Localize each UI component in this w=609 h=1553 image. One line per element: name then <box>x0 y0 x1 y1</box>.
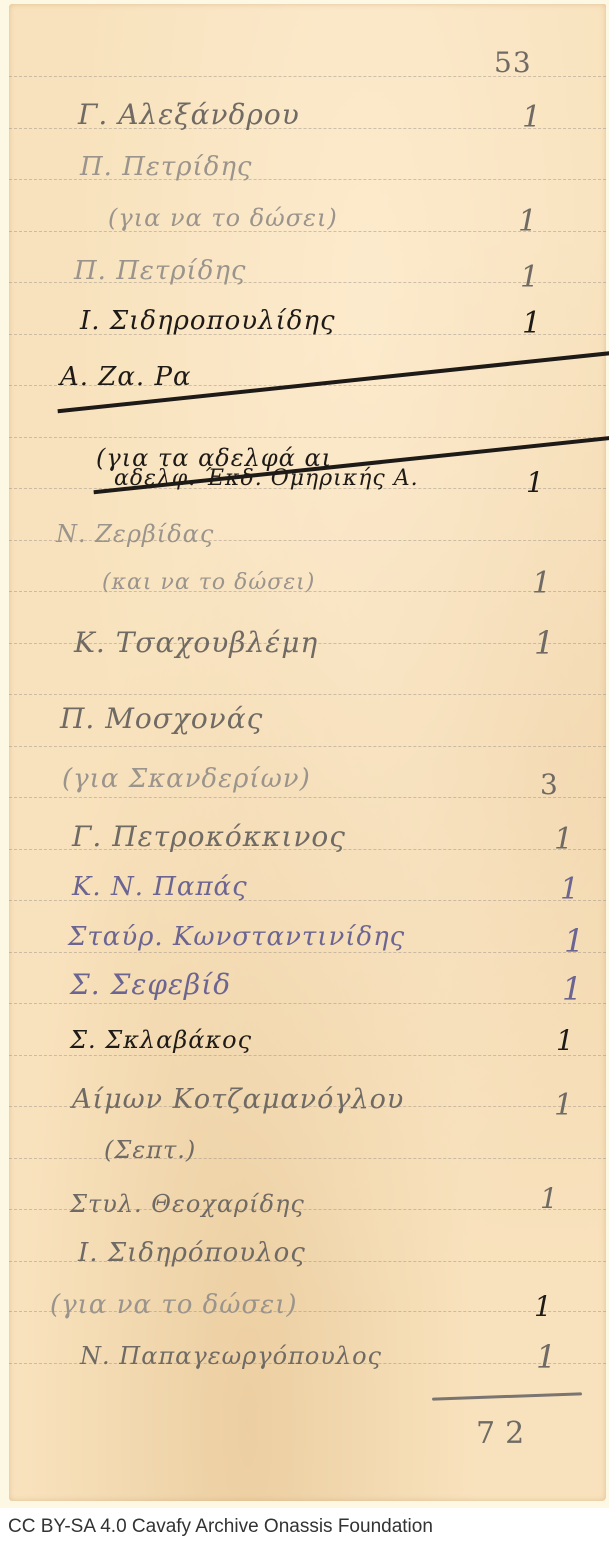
entry-note: (για να το δώσει) <box>50 1290 298 1320</box>
entry-qty: 1 <box>526 466 544 499</box>
total-value: 72 <box>476 1416 534 1451</box>
entry-name: Κ. Τσαχουβλέμη <box>74 626 318 659</box>
entry-name: Σ. Σεφεβίδ <box>70 968 231 1001</box>
ruled-line <box>9 1003 606 1004</box>
page-number: 53 <box>494 46 532 79</box>
entry-qty: 1 <box>536 1338 556 1376</box>
entry-name: Ν. Παπαγεωργόπουλος <box>80 1342 382 1370</box>
entry-name: Ι. Σιδηροπουλίδης <box>80 306 336 336</box>
entry-name: αδελφ. Έκδ. Ομηρικής Α. <box>114 466 419 491</box>
ruled-line <box>9 797 606 798</box>
entry-qty: 1 <box>562 970 582 1008</box>
entry-note: (για Σκανδερίων) <box>62 764 311 794</box>
entry-qty: 1 <box>556 1024 574 1057</box>
entry-name: Σ. Σκλαβάκος <box>70 1026 252 1054</box>
entry-qty: 1 <box>520 260 539 295</box>
entry-note: (Σεπτ.) <box>104 1136 196 1164</box>
entry-name: Κ. Ν. Παπάς <box>72 872 248 902</box>
entry-name: Π. Πετρίδης <box>80 152 252 182</box>
entry-qty: 1 <box>532 566 551 601</box>
entry-note: (για να το δώσει) <box>108 204 338 232</box>
ruled-line <box>9 952 606 953</box>
ruled-line <box>9 694 606 695</box>
entry-name: Γ. Πετροκόκκινος <box>72 820 346 853</box>
ruled-line <box>9 1055 606 1056</box>
license-caption: CC BY-SA 4.0 Cavafy Archive Onassis Foun… <box>8 1516 433 1538</box>
entry-qty: 1 <box>518 204 537 239</box>
entry-name: Ι. Σιδηρόπουλος <box>78 1238 306 1268</box>
entry-name: Στυλ. Θεοχαρίδης <box>70 1190 305 1218</box>
entry-qty: 1 <box>534 1290 552 1323</box>
entry-qty: 1 <box>534 624 554 662</box>
ruled-line <box>9 746 606 747</box>
entry-qty: 1 <box>522 100 541 135</box>
entry-name: Π. Μοσχονάς <box>60 702 263 735</box>
entry-name: Αίμων Κοτζαμανόγλου <box>72 1084 404 1115</box>
ruled-line <box>9 437 606 438</box>
entry-qty: 3 <box>540 768 558 801</box>
entry-qty: 1 <box>564 922 584 960</box>
entry-name: Ν. Ζερβίδας <box>56 520 214 548</box>
entry-note: (και να το δώσει) <box>102 570 315 595</box>
entry-qty: 1 <box>560 872 579 907</box>
ruled-line <box>9 1158 606 1159</box>
entry-qty: 1 <box>554 1088 573 1123</box>
struck-entry: Α. Ζα. Ρα <box>60 362 609 392</box>
entry-name: Σταύρ. Κωνσταντινίδης <box>68 922 405 952</box>
entry-qty: 1 <box>522 306 541 341</box>
entry-name: Γ. Αλεξάνδρου <box>78 98 300 131</box>
entry-qty: 1 <box>540 1182 558 1215</box>
entry-qty: 1 <box>554 822 573 857</box>
entry-name: Π. Πετρίδης <box>74 256 246 286</box>
